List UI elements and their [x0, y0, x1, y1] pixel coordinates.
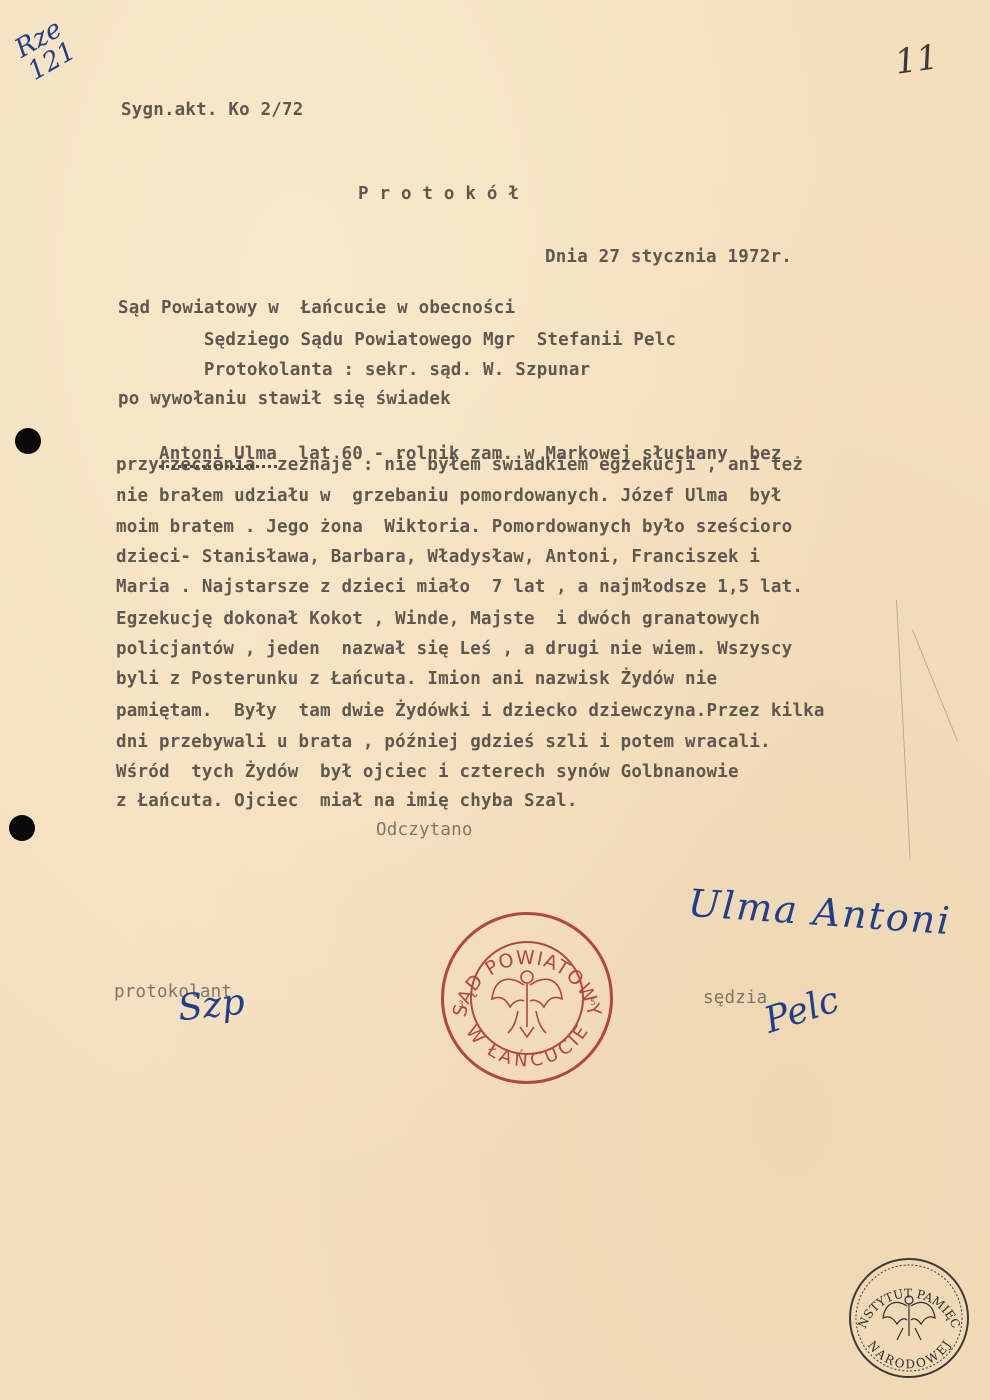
testimony-line: Maria . Najstarsze z dzieci miało 7 lat … — [116, 577, 803, 597]
eagle-emblem-icon — [492, 971, 562, 1037]
paper-crease — [912, 630, 958, 742]
body-line: Sąd Powiatowy w Łańcucie w obecności — [118, 298, 515, 318]
punch-hole-bottom — [9, 815, 35, 841]
testimony-line: dni przebywali u brata , później gdzieś … — [116, 732, 771, 752]
court-stamp: SĄD POWIATOWY W ŁAŃCUCIE 3 5 — [441, 912, 613, 1084]
document-title: P r o t o k ó ł — [358, 184, 519, 204]
witness-signature: Ulma Antoni — [687, 881, 953, 943]
archive-stamp: INSTYTUT PAMIĘCI NARODOWEJ — [849, 1258, 969, 1378]
testimony-line: pamiętam. Były tam dwie Żydówki i dzieck… — [116, 701, 825, 721]
archive-stamp-text: INSTYTUT PAMIĘCI NARODOWEJ — [851, 1260, 967, 1376]
body-line: Sędziego Sądu Powiatowego Mgr Stefanii P… — [118, 330, 676, 350]
testimony-line: z Łańcuta. Ojciec miał na imię chyba Sza… — [116, 791, 578, 811]
testimony-line: nie brałem udziału w grzebaniu pomordowa… — [116, 486, 782, 506]
punch-hole-top — [15, 428, 41, 454]
testimony-line: Wśród tych Żydów był ojciec i czterech s… — [116, 762, 739, 782]
document-date: Dnia 27 stycznia 1972r. — [545, 247, 792, 267]
read-note: Odczytano — [376, 820, 473, 840]
court-stamp-text: SĄD POWIATOWY W ŁAŃCUCIE 3 5 — [444, 915, 610, 1081]
svg-text:3: 3 — [458, 1000, 464, 1010]
body-line: po wywołaniu stawił się świadek — [118, 389, 451, 409]
testimony-line: dzieci- Stanisława, Barbara, Władysław, … — [116, 547, 760, 567]
archive-annotation: Rze 121 — [11, 0, 115, 85]
testimony-line: przyrzeczenia zeznaje : nie byłem świadk… — [116, 455, 803, 475]
paper-crease — [896, 600, 911, 860]
judge-label: sędzia — [703, 988, 767, 1008]
body-line: Protokolanta : sekr. sąd. W. Szpunar — [118, 360, 590, 380]
clerk-signature: Szp — [176, 982, 247, 1030]
testimony-line: policjantów , jeden nazwał się Leś , a d… — [116, 639, 792, 659]
svg-text:5: 5 — [590, 998, 596, 1008]
testimony-line: moim bratem . Jego żona Wiktoria. Pomord… — [116, 517, 792, 537]
svg-text:W ŁAŃCUCIE: W ŁAŃCUCIE — [461, 1021, 593, 1071]
case-reference: Sygn.akt. Ko 2/72 — [121, 100, 304, 120]
svg-text:NARODOWEJ: NARODOWEJ — [865, 1338, 954, 1371]
testimony-line: Egzekucję dokonał Kokot , Winde, Majste … — [116, 609, 760, 629]
judge-signature: Pelc — [760, 979, 845, 1041]
testimony-first-line: Antoni Ulma lat 60 - rolnik zam. w Marko… — [116, 424, 782, 484]
document-page: Rze 121 11 Sygn.akt. Ko 2/72 P r o t o k… — [0, 0, 990, 1400]
testimony-line: byli z Posterunku z Łańcuta. Imion ani n… — [116, 669, 717, 689]
page-number: 11 — [892, 37, 940, 83]
